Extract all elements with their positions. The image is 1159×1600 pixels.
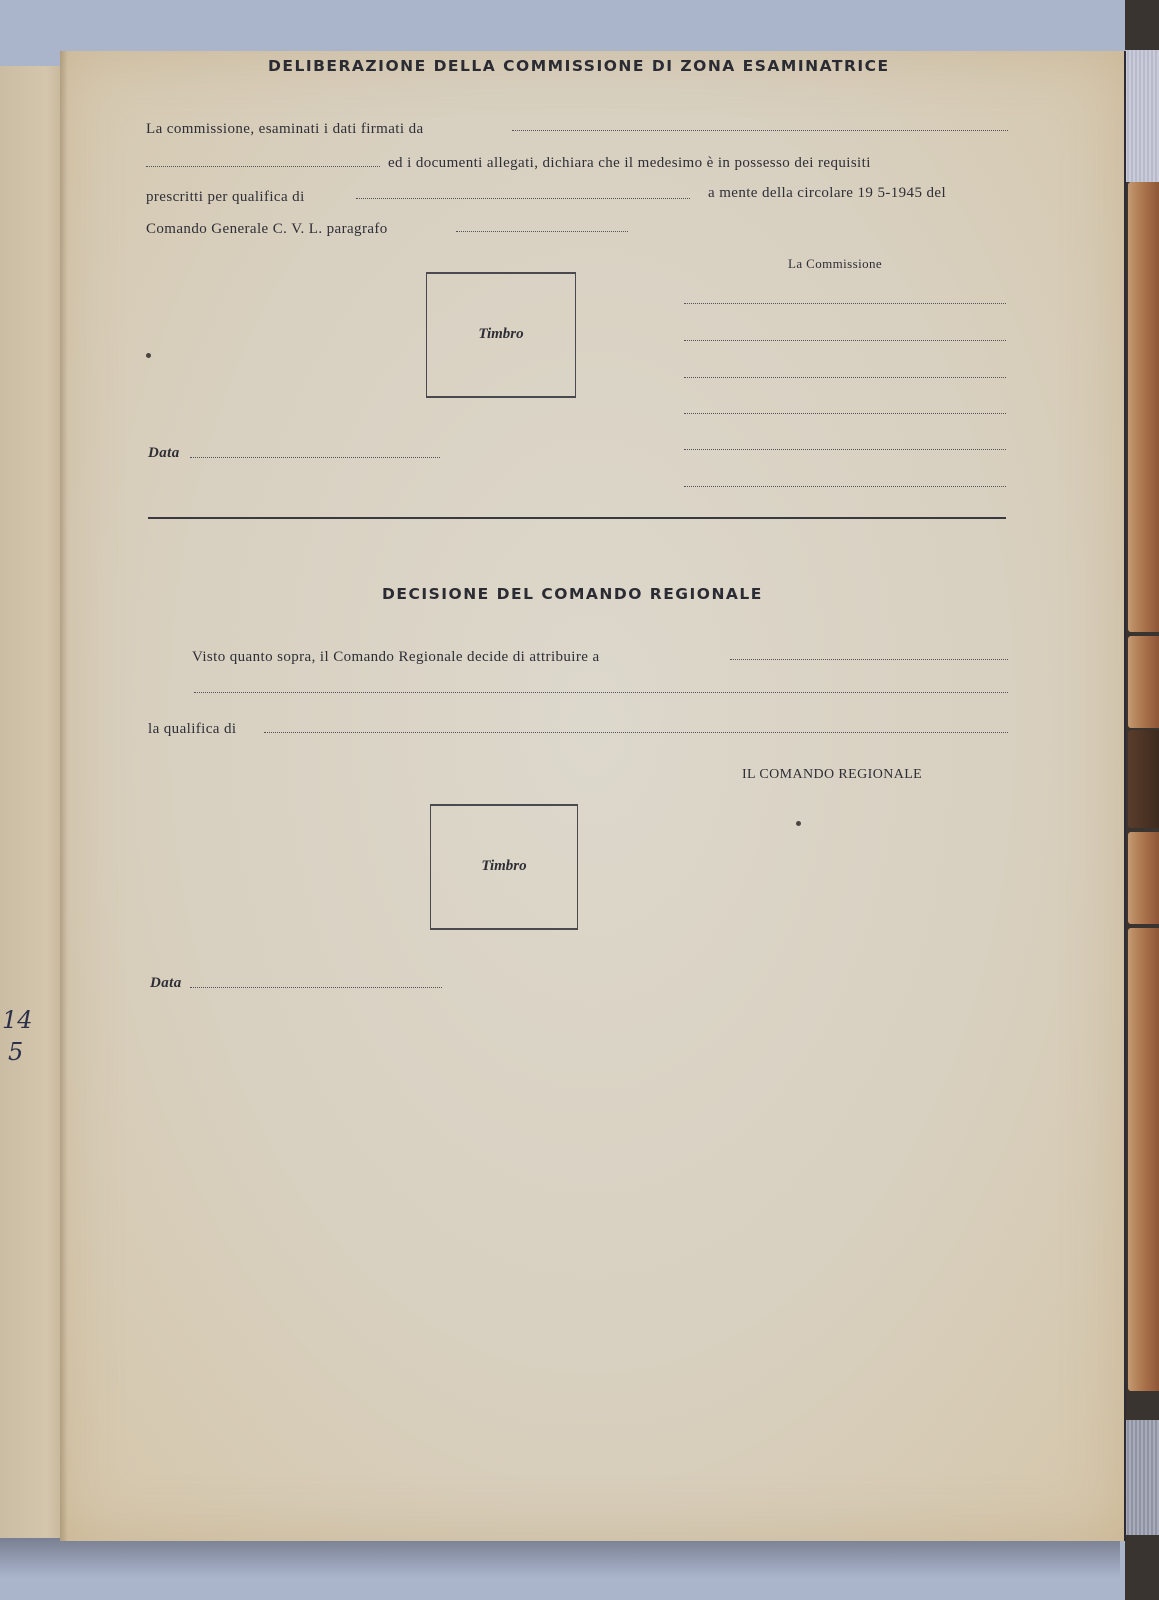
regional-text-line-1: Visto quanto sopra, il Comando Regionale… xyxy=(192,649,600,666)
date-field-commission[interactable] xyxy=(190,457,440,458)
commission-text-line-1: La commissione, esaminati i dati firmati… xyxy=(146,121,424,138)
paper-speck xyxy=(146,353,151,358)
book-spine-2 xyxy=(1128,636,1159,728)
commission-text-line-2: ed i documenti allegati, dichiara che il… xyxy=(388,155,871,172)
page-fold xyxy=(60,51,68,1541)
commission-signature-line-4[interactable] xyxy=(684,413,1006,414)
assignee-name-field-cont[interactable] xyxy=(194,692,1008,693)
form-page: DELIBERAZIONE DELLA COMMISSIONE DI ZONA … xyxy=(60,51,1126,1541)
book-spine-3 xyxy=(1128,730,1159,828)
commission-signature-line-3[interactable] xyxy=(684,377,1006,378)
stamp-box-regional: Timbro xyxy=(430,804,578,930)
fabric-ribbon-bottom xyxy=(1125,1420,1159,1535)
section-title-commission: DELIBERAZIONE DELLA COMMISSIONE DI ZONA … xyxy=(268,57,890,75)
commission-signature-line-5[interactable] xyxy=(684,449,1006,450)
date-label-regional: Data xyxy=(150,975,182,992)
section-divider xyxy=(148,517,1006,519)
commission-signature-line-2[interactable] xyxy=(684,340,1006,341)
stamp-label: Timbro xyxy=(427,326,575,343)
section-title-regional-command: DECISIONE DEL COMANDO REGIONALE xyxy=(382,585,763,603)
assignee-name-field[interactable] xyxy=(730,659,1008,660)
page-shadow xyxy=(0,1538,1120,1578)
date-field-regional[interactable] xyxy=(190,987,442,988)
regional-command-signature-label: IL COMANDO REGIONALE xyxy=(742,767,922,783)
stamp-label: Timbro xyxy=(431,858,577,875)
book-spine-5 xyxy=(1128,928,1159,1391)
commission-text-line-4: Comando Generale C. V. L. paragrafo xyxy=(146,221,388,238)
paper-speck xyxy=(796,821,801,826)
qualification-field[interactable] xyxy=(356,198,690,199)
handwritten-note: 14 xyxy=(2,1006,33,1034)
previous-page-edge: 14 5 xyxy=(0,66,66,1538)
book-spine-1 xyxy=(1128,182,1159,632)
signer-name-field-cont[interactable] xyxy=(146,166,380,167)
signer-name-field[interactable] xyxy=(512,130,1008,131)
book-spine-4 xyxy=(1128,832,1159,924)
paragraph-field[interactable] xyxy=(456,231,628,232)
commission-signature-line-1[interactable] xyxy=(684,303,1006,304)
date-label-commission: Data xyxy=(148,445,180,462)
assigned-qualification-field[interactable] xyxy=(264,732,1008,733)
fabric-ribbon-top xyxy=(1125,50,1159,182)
commission-text-line-3a: prescritti per qualifica di xyxy=(146,189,305,206)
commission-signature-line-6[interactable] xyxy=(684,486,1006,487)
commission-signature-label: La Commissione xyxy=(788,256,882,272)
commission-text-line-3b: a mente della circolare 19 5-1945 del xyxy=(708,185,946,202)
handwritten-note: 5 xyxy=(8,1038,23,1066)
stamp-box-commission: Timbro xyxy=(426,272,576,398)
regional-text-line-3: la qualifica di xyxy=(148,721,236,738)
